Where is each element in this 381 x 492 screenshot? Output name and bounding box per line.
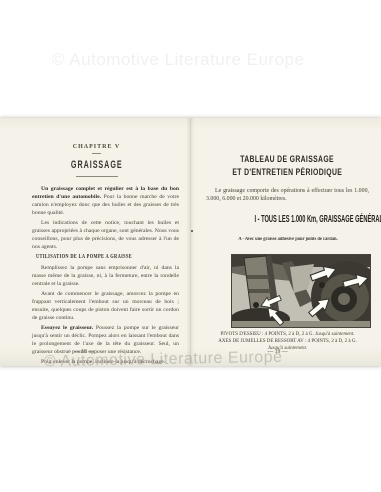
- pump-section-heading: UTILISATION DE LA POMPE A GRAISSE: [32, 254, 179, 261]
- photo-caption-top: A - Avec une graisse adhésive pour joint…: [206, 237, 369, 243]
- scanned-manual-screenshot: { "watermark": { "text": "© Automotive L…: [0, 0, 381, 492]
- chapter-title-text: GRAISSAGE: [71, 159, 123, 171]
- table-title-line1: TABLEAU DE GRAISSAGE: [241, 154, 335, 167]
- caption-line-1-text: PIVOTS D'ESSIEU : 4 POINTS, 2 à D, 2 à G…: [221, 332, 314, 337]
- body-paragraph: Les indications de cette notice, touchan…: [32, 219, 179, 251]
- interval-section-heading: I - TOUS LES 1.000 Km, GRAISSAGE GÉNÉRAL: [206, 214, 369, 225]
- interval-section-heading-text: I - TOUS LES 1.000 Km, GRAISSAGE GÉNÉRAL: [254, 214, 381, 225]
- lead-paragraphs: Un graissage complet et régulier est à l…: [32, 185, 179, 251]
- right-page: TABLEAU DE GRAISSAGE ET D'ENTRETIEN PÉRI…: [190, 118, 381, 366]
- photo-caption-top-text: A - Avec une graisse adhésive pour joint…: [238, 237, 337, 242]
- caption-line-1: PIVOTS D'ESSIEU : 4 POINTS, 2 à D, 2 à G…: [206, 332, 369, 339]
- page-number-left: — 18 —: [0, 349, 179, 355]
- pump-section-heading-text: UTILISATION DE LA POMPE A GRAISSE: [36, 254, 132, 260]
- body-paragraph: Avant de commencer le graissage, amorcez…: [32, 290, 179, 322]
- chapter-rule: [92, 153, 101, 154]
- body-paragraph: Pour enlever la pompe, inclinez-la jusqu…: [32, 358, 179, 366]
- body-paragraph: Remplissez la pompe sans emprisonner d'a…: [32, 264, 179, 288]
- grease-points-photo-illustration: [232, 255, 370, 327]
- intro-paragraph: Le graissage comporte des opérations à e…: [206, 187, 369, 203]
- chapter-label: CHAPITRE V: [23, 144, 170, 150]
- book-spread: CHAPITRE V GRAISSAGE Un graissage comple…: [0, 118, 381, 366]
- body-paragraph: Un graissage complet et régulier est à l…: [32, 185, 179, 217]
- table-title: TABLEAU DE GRAISSAGE ET D'ENTRETIEN PÉRI…: [206, 154, 369, 179]
- caption-line-2-text: AXES DE JUMELLES DE RESSORT AV : 4 POINT…: [218, 339, 356, 344]
- grease-points-photo: [231, 254, 371, 328]
- page-number-right: — 19 —: [182, 349, 373, 355]
- caption-line-1-note: Jusqu'à suintement.: [315, 332, 354, 337]
- table-title-line2: ET D'ENTRETIEN PÉRIODIQUE: [233, 167, 343, 180]
- chapter-title: GRAISSAGE: [23, 159, 170, 171]
- left-page: CHAPITRE V GRAISSAGE Un graissage comple…: [0, 118, 190, 366]
- title-rule: [76, 176, 118, 177]
- caption-line-2: AXES DE JUMELLES DE RESSORT AV : 4 POINT…: [206, 339, 369, 346]
- watermark-top: © Automotive Literature Europe: [52, 50, 304, 70]
